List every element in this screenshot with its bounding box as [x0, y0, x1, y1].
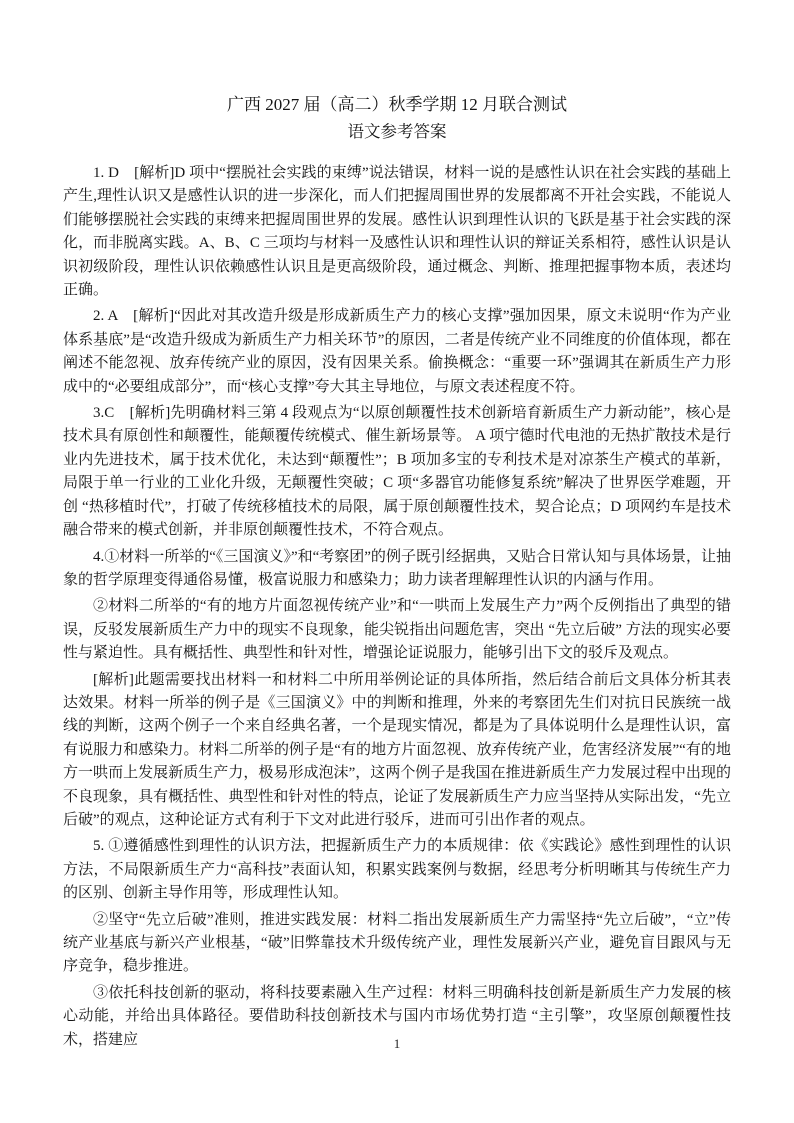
document-page: 广西 2027 届（高二）秋季学期 12 月联合测试 语文参考答案 1. D […: [0, 0, 794, 1123]
answer-paragraph-4-point-1: 4.①材料一所举的“《三国演义》”和“考察团”的例子既引经据典，又贴合日常认知与…: [63, 546, 731, 593]
answer-paragraph-5-point-1: 5. ①遵循感性到理性的认识方法，把握新质生产力的本质规律：依《实践论》感性到理…: [63, 835, 731, 905]
answer-paragraph-3: 3.C [解析]先明确材料三第 4 段观点为“以原创颠覆性技术创新培育新质生产力…: [63, 402, 731, 542]
answer-paragraph-1: 1. D [解析]D 项中“摆脱社会实践的束缚”说法错误，材料一说的是感性认识在…: [63, 162, 731, 302]
document-subtitle: 语文参考答案: [63, 118, 731, 145]
answer-paragraph-4-point-2: ②材料二所举的“有的地方片面忽视传统产业”和“一哄而上发展生产力”两个反例指出了…: [63, 595, 731, 665]
document-title: 广西 2027 届（高二）秋季学期 12 月联合测试: [63, 92, 731, 118]
answer-paragraph-2: 2. A [解析]“因此对其改造升级是形成新质生产力的核心支撑”强加因果，原文未…: [63, 305, 731, 399]
answer-paragraph-4-analysis: [解析]此题需要找出材料一和材料二中所用举例论证的具体所指，然后结合前后文具体分…: [63, 669, 731, 833]
page-number: 1: [0, 1036, 794, 1052]
answer-paragraph-5-point-2: ②坚守“先立后破”准则，推进实践发展：材料二指出发展新质生产力需坚持“先立后破”…: [63, 909, 731, 979]
document-content: 广西 2027 届（高二）秋季学期 12 月联合测试 语文参考答案 1. D […: [63, 92, 731, 1055]
